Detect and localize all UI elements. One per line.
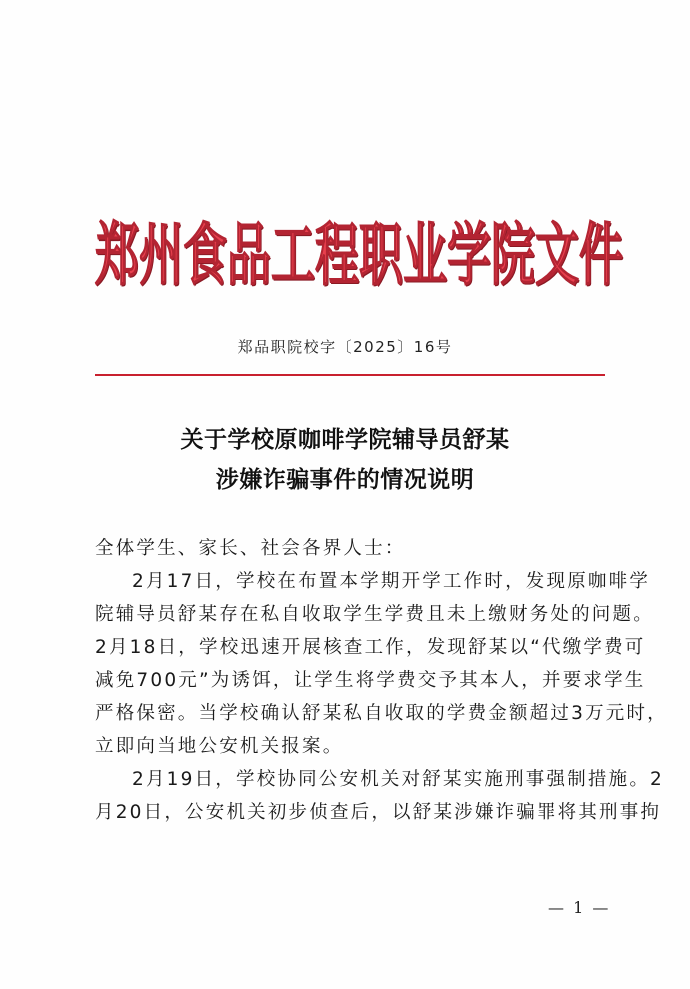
body-line: 减免700元”为诱饵，让学生将学费交予其本人，并要求学生	[95, 664, 605, 697]
document-body: 全体学生、家长、社会各界人士： 2月17日，学校在布置本学期开学工作时，发现原咖…	[95, 532, 605, 829]
title-line-2: 涉嫌诈骗事件的情况说明	[0, 460, 690, 500]
masthead-char: 程	[315, 223, 359, 291]
salutation: 全体学生、家长、社会各界人士：	[95, 532, 605, 565]
masthead-char: 件	[579, 223, 623, 291]
document-title: 关于学校原咖啡学院辅导员舒某 涉嫌诈骗事件的情况说明	[0, 420, 690, 500]
masthead-char: 业	[403, 223, 447, 291]
masthead-char: 品	[227, 223, 271, 291]
paragraph-2: 2月19日，学校协同公安机关对舒某实施刑事强制措施。2 月20日，公安机关初步侦…	[95, 763, 605, 829]
masthead-char: 郑	[95, 223, 139, 291]
body-line: 月20日，公安机关初步侦查后，以舒某涉嫌诈骗罪将其刑事拘	[95, 796, 605, 829]
red-divider-line	[95, 374, 605, 376]
body-line: 严格保密。当学校确认舒某私自收取的学费金额超过3万元时，	[95, 697, 605, 730]
masthead-char: 职	[359, 223, 403, 291]
masthead-char: 院	[491, 223, 535, 291]
body-line: 立即向当地公安机关报案。	[95, 730, 605, 763]
masthead-char: 学	[447, 223, 491, 291]
page-number: — 1 —	[548, 898, 610, 917]
masthead-title: 郑 州 食 品 工 程 职 业 学 院 文 件	[95, 212, 600, 302]
masthead-char: 食	[183, 223, 227, 291]
masthead-char: 工	[271, 223, 315, 291]
body-line: 2月18日，学校迅速开展核查工作，发现舒某以“代缴学费可	[95, 631, 605, 664]
title-line-1: 关于学校原咖啡学院辅导员舒某	[0, 420, 690, 460]
masthead-char: 州	[139, 223, 183, 291]
body-line: 2月17日，学校在布置本学期开学工作时，发现原咖啡学	[95, 565, 605, 598]
body-line: 院辅导员舒某存在私自收取学生学费且未上缴财务处的问题。	[95, 598, 605, 631]
masthead-char: 文	[535, 223, 579, 291]
body-line: 2月19日，学校协同公安机关对舒某实施刑事强制措施。2	[95, 763, 605, 796]
document-number: 郑品职院校字〔2025〕16号	[0, 336, 690, 357]
document-page: 郑 州 食 品 工 程 职 业 学 院 文 件 郑品职院校字〔2025〕16号 …	[0, 0, 690, 989]
paragraph-1: 2月17日，学校在布置本学期开学工作时，发现原咖啡学 院辅导员舒某存在私自收取学…	[95, 565, 605, 763]
